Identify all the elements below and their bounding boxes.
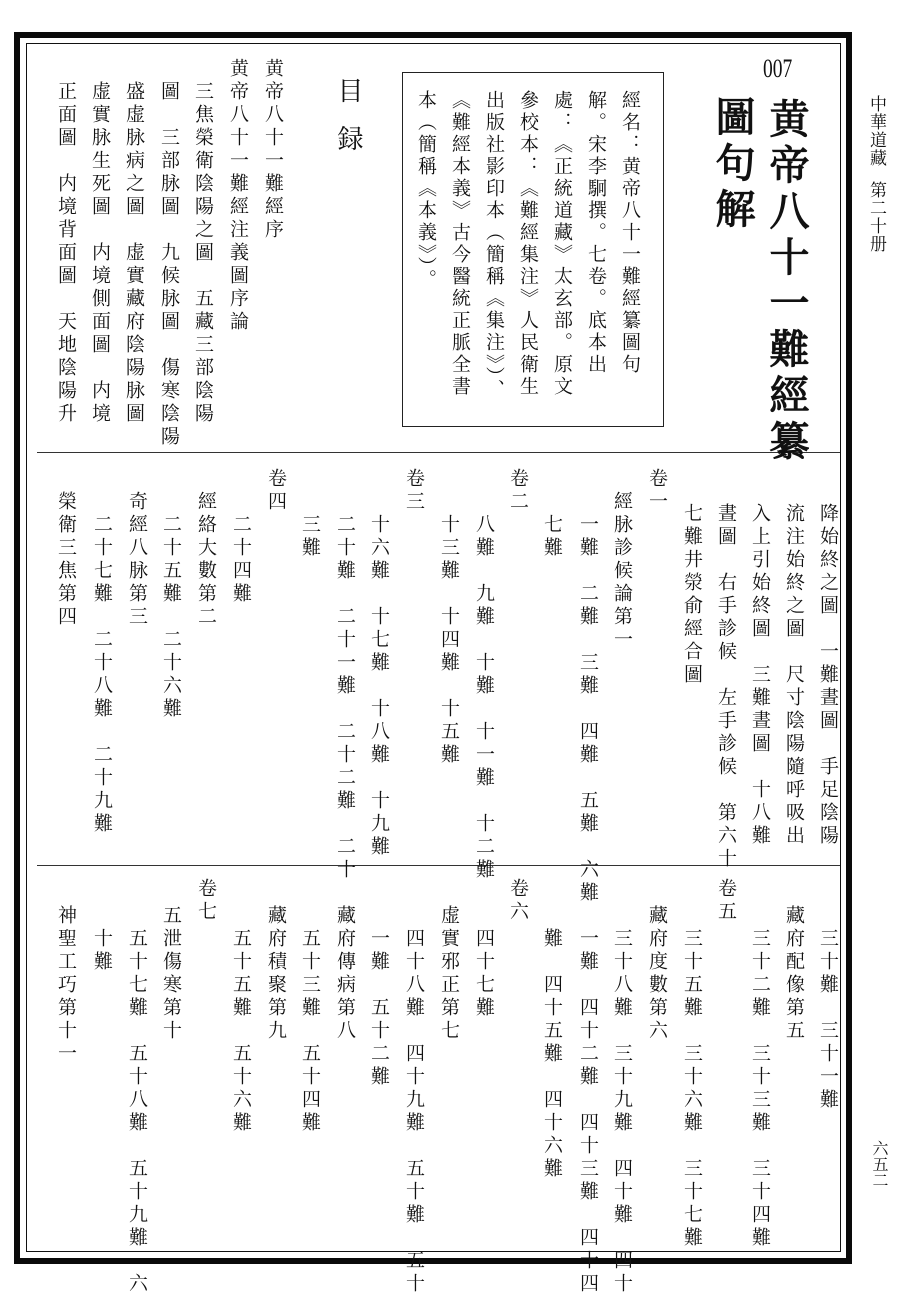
toc-entry: 四十七難	[474, 882, 493, 1020]
toc-entry: 三十二難 三十三難 三十四難	[750, 882, 769, 1250]
info-line: 《難經本義》古今醫統正脈全書	[450, 90, 469, 398]
toc-volume-label: 卷一	[647, 468, 666, 514]
document-title-line-1: 黄帝八十一難經纂	[766, 98, 806, 466]
toc-entry: 五十七難 五十八難 五十九難 六	[127, 882, 146, 1296]
toc-entry: 三十難 三十一難	[818, 882, 837, 1112]
toc-entry: 二十四難	[231, 468, 250, 606]
toc-chapter: 藏府傳病第八	[335, 882, 354, 1043]
toc-entry: 一難 五十二難	[369, 882, 388, 1089]
toc-entry: 黄帝八十一難經序	[263, 58, 282, 242]
toc-chapter: 神聖工巧第十一	[56, 882, 75, 1066]
toc-volume-label: 卷六	[508, 878, 527, 924]
section-divider-top	[37, 452, 840, 453]
toc-entry: 三十八難 三十九難 四十難 四十	[612, 882, 631, 1296]
info-line: 本（簡稱《本義》）。	[416, 90, 435, 291]
info-line: 參校本：《難經集注》人民衛生	[518, 90, 537, 398]
toc-entry: 黄帝八十一難經注義圖序論	[228, 58, 247, 334]
toc-entry: 二十難 二十一難 二十二難 二十	[335, 468, 354, 882]
toc-volume-label: 卷三	[404, 468, 423, 514]
toc-entry: 七難井滎俞經合圖	[682, 480, 701, 687]
toc-chapter: 虚實邪正第七	[439, 882, 458, 1043]
toc-entry: 十六難 十七難 十八難 十九難	[369, 468, 388, 859]
toc-chapter: 經絡大數第二	[196, 468, 215, 629]
toc-entry: 盛虚脉病之圖 虚實藏府陰陽脉圖	[124, 58, 143, 426]
toc-entry: 降始終之圖 一難晝圖 手足陰陽	[818, 480, 837, 848]
table-of-contents-heading: 目録	[330, 77, 367, 173]
toc-entry: 八難 九難 十難 十一難 十二難	[474, 468, 493, 882]
toc-chapter: 藏府度數第六	[647, 882, 666, 1043]
toc-entry: 七難	[542, 468, 561, 560]
toc-chapter: 榮衛三焦第四	[56, 468, 75, 629]
toc-chapter: 藏府積聚第九	[266, 882, 285, 1043]
toc-entry: 一難 二難 三難 四難 五難 六難	[578, 468, 597, 905]
scanned-page: 中華道藏第二十册 六五二 007 黄帝八十一難經纂 圖句解 經名：黄帝八十一難經…	[0, 0, 900, 1300]
toc-entry: 二十七難 二十八難 二十九難	[92, 468, 111, 836]
toc-entry: 虚實脉生死圖 内境側面圖 内境	[90, 58, 109, 426]
toc-entry: 正面圖 内境背面圖 天地陰陽升	[56, 58, 75, 426]
toc-chapter: 經脉診候論第一	[612, 468, 631, 652]
toc-entry: 圖 三部脉圖 九候脉圖 傷寒陰陽	[159, 58, 178, 449]
toc-volume-label: 卷五	[716, 878, 735, 924]
toc-entry: 三十五難 三十六難 三十七難	[682, 882, 701, 1250]
toc-entry: 十三難 十四難 十五難	[439, 468, 458, 767]
toc-volume-label: 卷二	[508, 468, 527, 514]
info-line: 解。宋李駉撰。七卷。底本出	[586, 90, 605, 376]
toc-entry: 晝圖 右手診候 左手診候 第六十	[716, 480, 735, 871]
toc-entry: 五十五難 五十六難	[231, 882, 250, 1135]
toc-entry: 五十三難 五十四難	[300, 882, 319, 1135]
toc-entry: 二十五難 二十六難	[161, 468, 180, 721]
toc-entry: 流注始終之圖 尺寸陰陽隨呼吸出	[784, 480, 803, 848]
toc-entry: 一難 四十二難 四十三難 四十四	[578, 882, 597, 1296]
document-title-line-2: 圖句解	[712, 96, 752, 234]
info-line: 出版社影印本（簡稱《集注》）、	[484, 90, 503, 401]
toc-chapter: 奇經八脉第三	[127, 468, 146, 629]
info-line: 處：《正統道藏》太玄部。原文	[552, 90, 571, 398]
toc-entry: 十難	[92, 882, 111, 974]
toc-chapter: 藏府配像第五	[784, 882, 803, 1043]
toc-chapter: 五泄傷寒第十	[161, 882, 180, 1043]
toc-entry: 入上引始終圖 三難晝圖 十八難	[750, 480, 769, 848]
document-number: 007	[763, 54, 792, 84]
page-number: 六五二	[868, 1140, 891, 1188]
toc-entry: 三難	[300, 468, 319, 560]
toc-entry: 三焦榮衛陰陽之圖 五藏三部陰陽	[193, 58, 212, 426]
volume-label: 第二十册	[866, 181, 886, 253]
toc-entry: 難 四十五難 四十六難	[542, 882, 561, 1181]
toc-volume-label: 卷四	[266, 468, 285, 514]
margin-running-title: 中華道藏第二十册	[864, 95, 889, 253]
info-line: 經名：黄帝八十一難經纂圖句	[620, 90, 639, 376]
toc-entry: 四十八難 四十九難 五十難 五十	[404, 882, 423, 1296]
series-title: 中華道藏	[866, 95, 886, 167]
toc-volume-label: 卷七	[196, 878, 215, 924]
